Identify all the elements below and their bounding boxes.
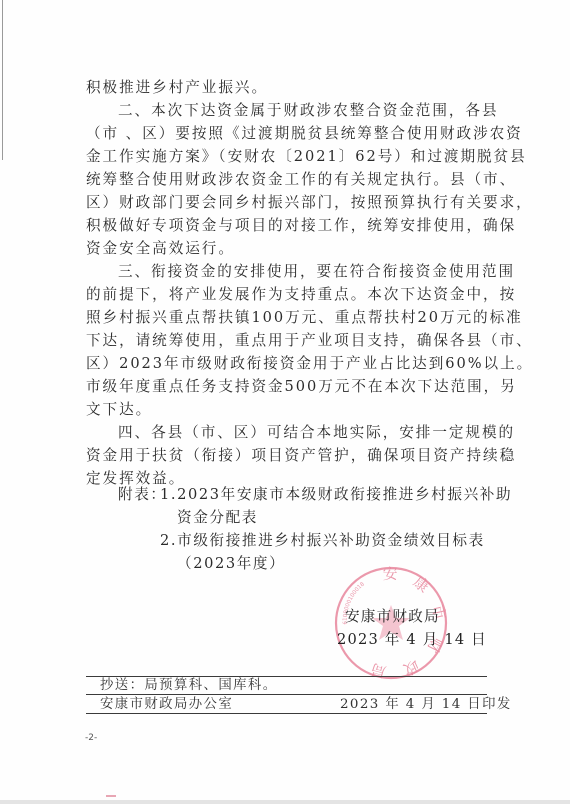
annex-item-1-continued: 资金分配表 — [177, 506, 258, 529]
document-page: 积极推进乡村产业振兴。 二、本次下达资金属于财政涉农整合资金范围，各县 （市 、… — [0, 0, 570, 800]
issuing-office: 安康市财政局办公室 — [100, 696, 233, 714]
body-line: 的前提下，将产业发展作为支持重点。本次下达资金中，按 — [86, 283, 486, 306]
body-line: 积极推进乡村产业振兴。 — [86, 76, 486, 99]
annex-item-1: 1.2023年安康市本级财政衔接推进乡村振兴补助 — [160, 483, 512, 506]
body-line: 区）财政部门要会同乡村振兴部门，按照预算执行有关要求， — [86, 191, 486, 214]
issuer-name: 安康市财政局 — [345, 605, 440, 628]
print-date: 2023 年 4 月 14 日印发 — [340, 696, 512, 714]
body-line: 积极做好专项资金与项目的对接工作，统筹安排使用，确保 — [86, 214, 486, 237]
paragraph-2-start: 二、本次下达资金属于财政涉农整合资金范围，各县 — [118, 99, 486, 122]
page-number: -2- — [85, 733, 97, 743]
annex-item-number: 1. — [160, 486, 177, 503]
annex-item-2: 2.市级衔接推进乡村振兴补助资金绩效目标表 — [160, 529, 485, 552]
body-line: 金工作实施方案》（安财农〔2021〕62号）和过渡期脱贫县 — [86, 145, 486, 168]
body-line: 下达，请统筹使用，重点用于产业项目支持，确保各县（市、 — [86, 329, 486, 352]
scan-speck — [106, 795, 116, 797]
body-line: 资金安全高效运行。 — [86, 237, 486, 260]
page-bottom-edge — [0, 800, 570, 804]
paragraph-3-start: 三、衔接资金的安排使用，要在符合衔接资金使用范围 — [118, 260, 486, 283]
annex-item-number: 2. — [160, 532, 177, 549]
body-line: 市级年度重点任务支持资金500万元不在本次下达范围，另 — [86, 375, 486, 398]
body-line: 统筹整合使用财政涉农资金工作的有关规定执行。县（市、 — [86, 168, 486, 191]
body-line: 照乡村振兴重点帮扶镇100万元、重点帮扶村20万元的标准 — [86, 306, 486, 329]
cc-line: 抄送：局预算科、国库科。 — [100, 677, 278, 695]
body-line: 区）2023年市级财政衔接资金用于产业占比达到60%以上。 — [86, 352, 486, 375]
scan-edge-line — [2, 0, 3, 160]
body-line: 文下达。 — [86, 398, 486, 421]
annex-item-title: 2023年安康市本级财政衔接推进乡村振兴补助 — [177, 486, 512, 503]
footer-rule-middle — [86, 694, 487, 695]
paragraph-4-start: 四、各县（市、区）可结合本地实际，安排一定规模的 — [118, 421, 486, 444]
body-line: 资金用于扶贫（衔接）项目资产管护，确保项目资产持续稳 — [86, 444, 486, 467]
footer-rule-bottom — [86, 713, 487, 714]
body-line: （市 、区）要按照《过渡期脱贫县统筹整合使用财政涉农资 — [86, 122, 486, 145]
issue-date: 2023 年 4 月 14 日 — [337, 628, 487, 651]
annex-item-2-continued: （2023年度） — [177, 552, 285, 575]
annex-item-title: 市级衔接推进乡村振兴补助资金绩效目标表 — [177, 532, 485, 549]
